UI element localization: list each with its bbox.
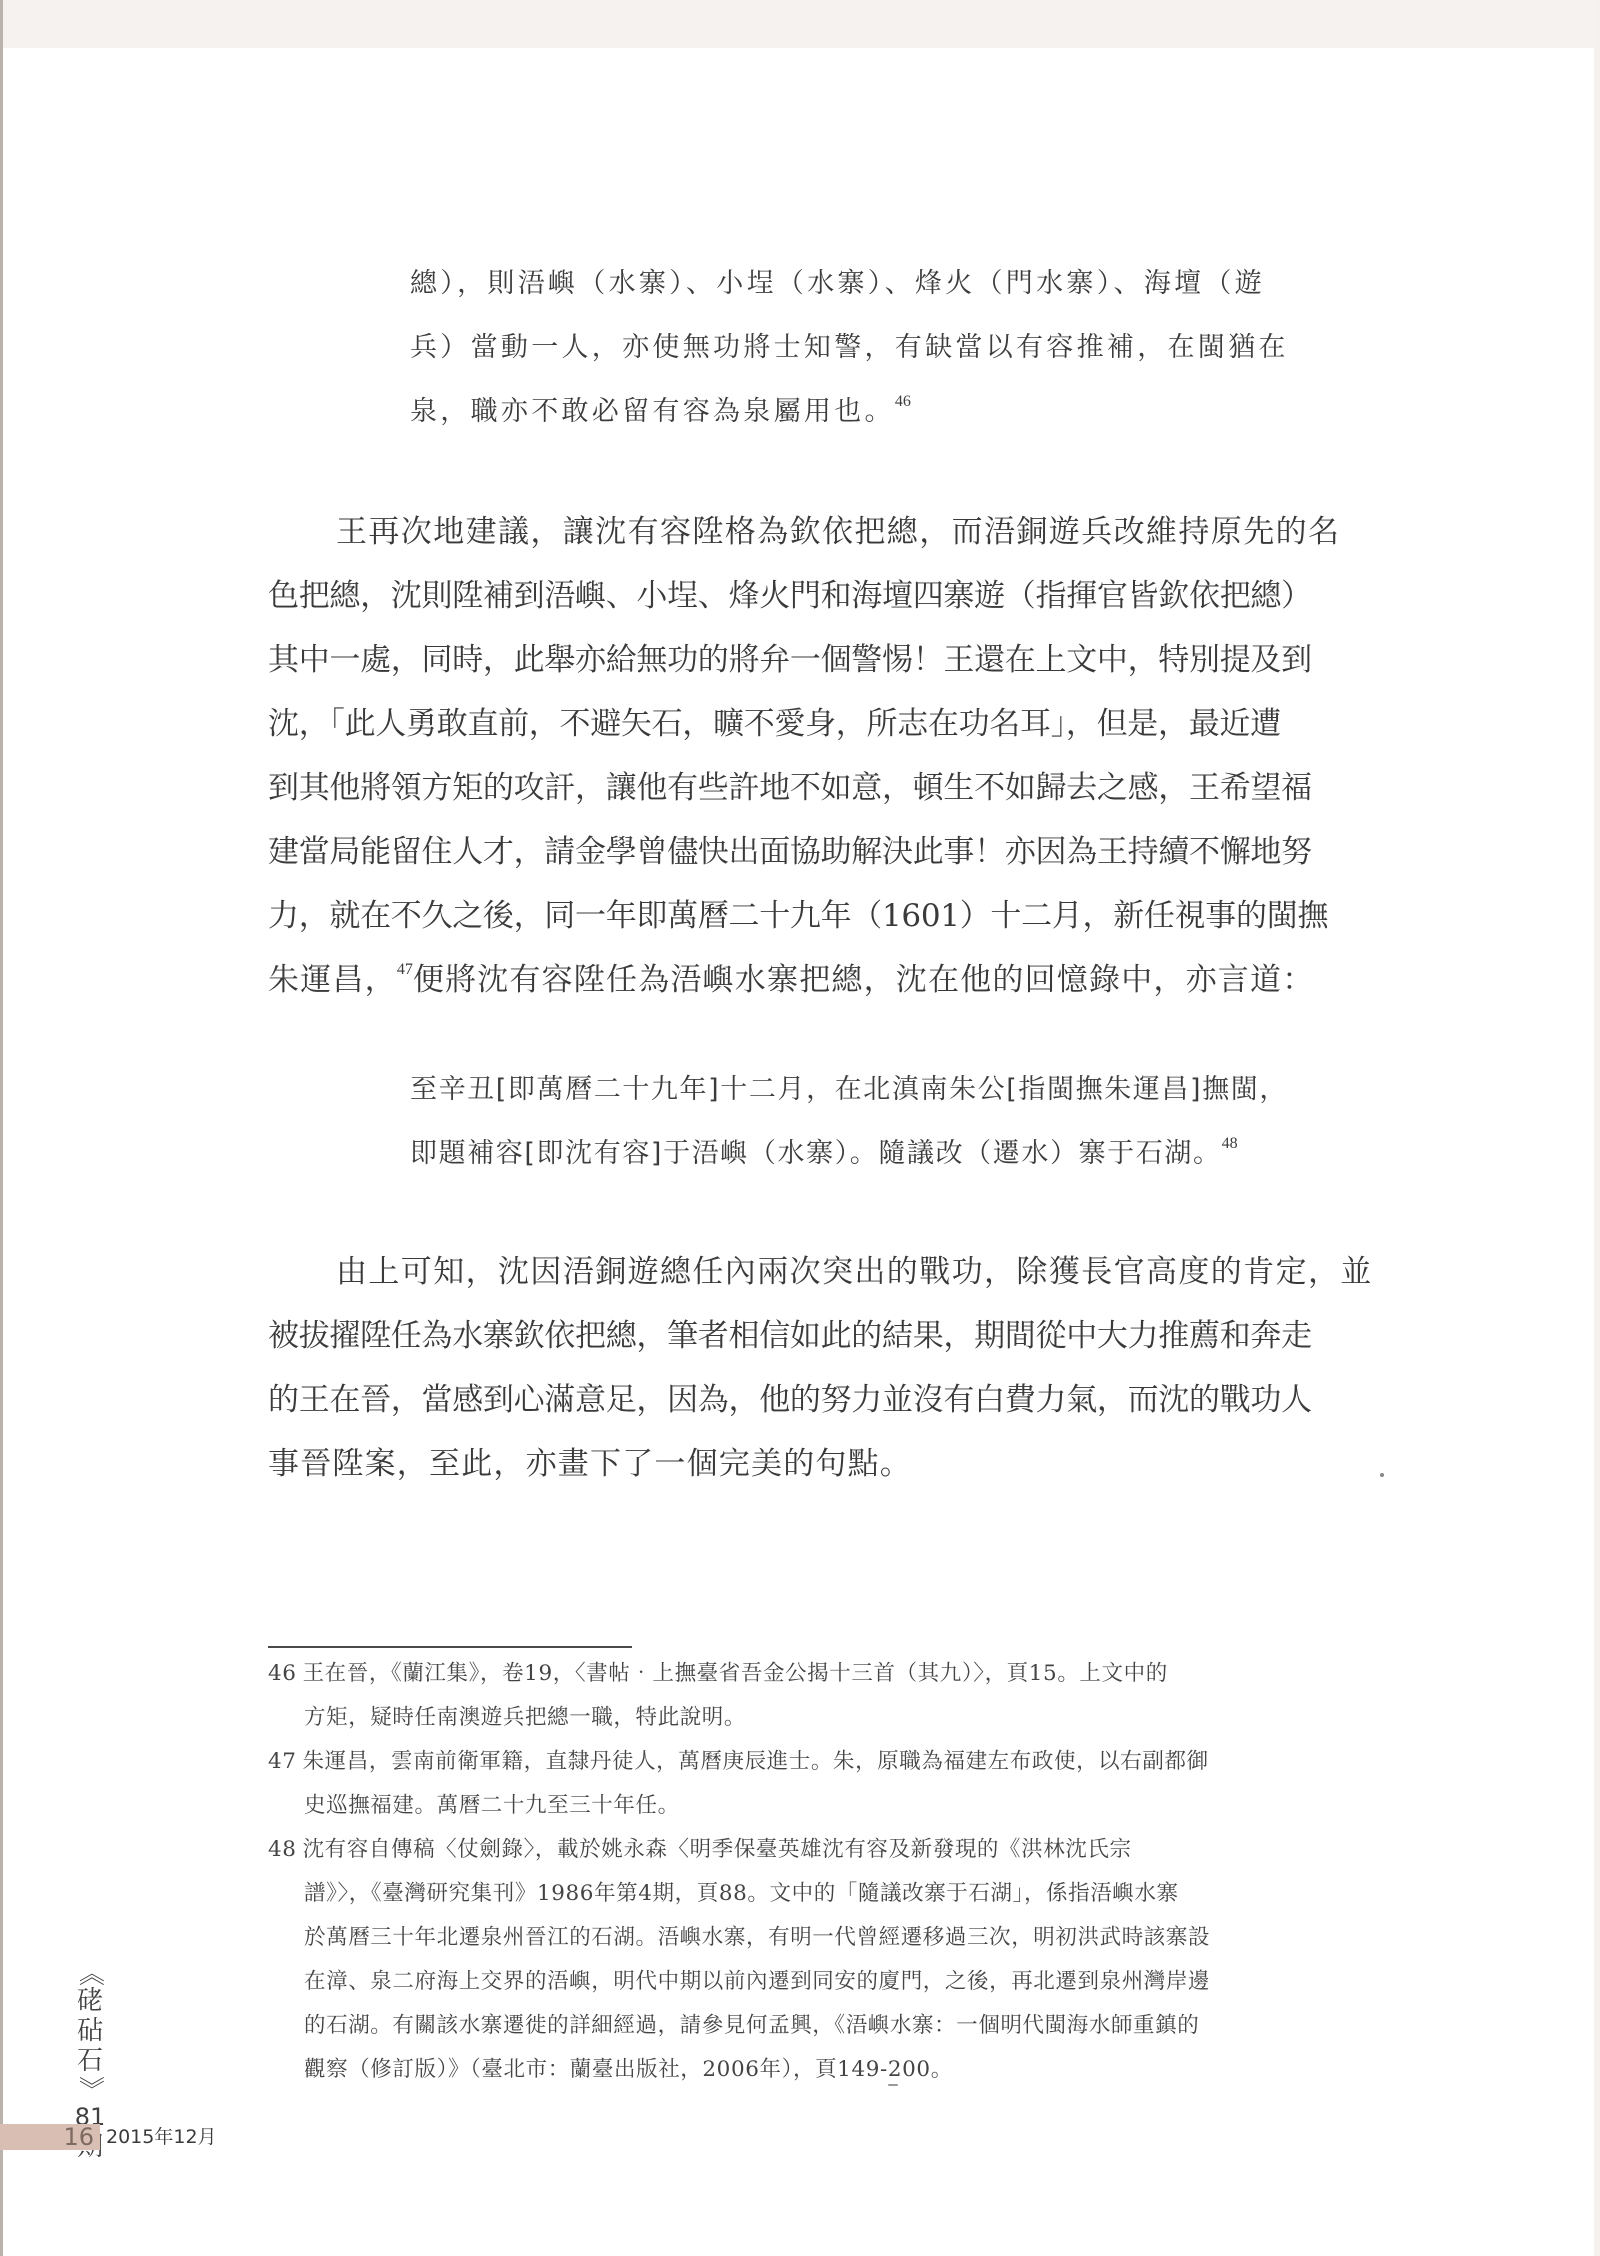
quote-line: 總），則浯嶼（水寨）、小埕（水寨）、烽火（門水寨）、海壇（遊 [410,264,1265,304]
footnote-ref-46[interactable]: 46 [895,393,911,410]
footnote-ref-47[interactable]: 47 [397,961,413,978]
footnote-47: 47朱運昌，雲南前衛軍籍，直隸丹徒人，萬曆庚辰進士。朱，原職為福建左布政使，以右… [268,1746,1209,1778]
footnote-text: 王在晉，《蘭江集》，卷19，〈書帖‧上撫臺省吾金公揭十三首（其九）〉，頁15。上… [303,1661,1168,1686]
footnote-number: 47 [268,1749,297,1774]
paragraph-text: 便將沈有容陞任為浯嶼水寨把總，沈在他的回憶錄中，亦言道： [413,962,1315,998]
quote-line: 即題補容[即沈有容]于浯嶼（水寨）。隨議改（遷水）寨于石湖。48 [410,1134,1238,1174]
paragraph-line: 由上可知，沈因浯銅遊總任內兩次突出的戰功，除獲長官高度的肯定，並 [336,1250,1373,1294]
page-number-tab: 16 [0,2124,100,2150]
quote-line: 兵）當動一人，亦使無功將士知警，有缺當以有容推補，在閩猶在 [410,328,1289,368]
scan-speck [888,2084,898,2086]
quote-text: 即題補容[即沈有容]于浯嶼（水寨）。隨議改（遷水）寨于石湖。 [410,1138,1222,1169]
footnote-text: 沈有容自傳稿〈仗劍錄〉，載於姚永森〈明季保臺英雄沈有容及新發現的《洪林沈氏宗 [303,1837,1132,1862]
quote-line: 至辛丑[即萬曆二十九年]十二月，在北滇南朱公[指閩撫朱運昌]撫閩， [410,1070,1288,1110]
scan-left-edge [0,0,3,2256]
paragraph-line: 被拔擢陞任為水寨欽依把總，筆者相信如此的結果，期間從中大力推薦和奔走 [268,1314,1312,1358]
title-close-bracket: 》 [77,2071,103,2107]
page-number: 16 [63,2123,94,2151]
footnote-48-continued: 在漳、泉二府海上交界的浯嶼，明代中期以前內遷到同安的廈門，之後，再北遷到泉州灣岸… [304,1966,1210,1998]
footnote-48-continued: 觀察（修訂版）》（臺北市：蘭臺出版社，2006年），頁149-200。 [304,2054,953,2086]
paragraph-text: 朱運昌， [268,962,397,998]
footnote-46-continued: 方矩，疑時任南澳遊兵把總一職，特此說明。 [304,1702,746,1734]
footnote-48: 48沈有容自傳稿〈仗劍錄〉，載於姚永森〈明季保臺英雄沈有容及新發現的《洪林沈氏宗 [268,1834,1132,1866]
paragraph-line: 其中一處，同時，此舉亦給無功的將弁一個警惕！王還在上文中，特別提及到 [268,638,1312,682]
journal-char: 砧 [72,2016,108,2046]
footnote-number: 48 [268,1837,297,1862]
paragraph-line: 力，就在不久之後，同一年即萬曆二十九年（1601）十二月，新任視事的閩撫 [268,894,1328,938]
paragraph-line: 沈，「此人勇敢直前，不避矢石，曠不愛身，所志在功名耳」，但是，最近遭 [268,702,1281,746]
paragraph-line: 建當局能留住人才，請金學曾儘快出面協助解決此事！亦因為王持續不懈地努 [268,830,1312,874]
quote-text: 泉，職亦不敢必留有容為泉屬用也。 [410,396,895,427]
paragraph-line: 色把總，沈則陞補到浯嶼、小埕、烽火門和海壇四寨遊（指揮官皆欽依把總） [268,574,1312,618]
issue-date: 2015年12月 [106,2124,217,2150]
footnote-text: 朱運昌，雲南前衛軍籍，直隸丹徒人，萬曆庚辰進士。朱，原職為福建左布政使，以右副都… [303,1749,1209,1774]
footnote-47-continued: 史巡撫福建。萬曆二十九至三十年任。 [304,1790,680,1822]
quote-line: 泉，職亦不敢必留有容為泉屬用也。46 [410,392,911,432]
footnote-48-continued: 於萬曆三十年北遷泉州晉江的石湖。浯嶼水寨，有明一代曾經遷移過三次，明初洪武時該寨… [304,1922,1210,1954]
footnote-separator [268,1646,632,1648]
footnote-48-continued: 的石湖。有關該水寨遷徙的詳細經過，請參見何孟興，《浯嶼水寨：一個明代閩海水師重鎮… [304,2010,1199,2042]
scan-speck [1380,1473,1384,1477]
paragraph-line: 朱運昌，47便將沈有容陞任為浯嶼水寨把總，沈在他的回憶錄中，亦言道： [268,958,1314,1002]
footnote-number: 46 [268,1661,297,1686]
scan-top-band [0,0,1600,48]
footnote-ref-48[interactable]: 48 [1222,1135,1238,1152]
paragraph-line: 事晉陞案，至此，亦畫下了一個完美的句點。 [268,1442,912,1486]
paragraph-line: 的王在晉，當感到心滿意足，因為，他的努力並沒有白費力氣，而沈的戰功人 [268,1378,1312,1422]
footnote-46: 46王在晉，《蘭江集》，卷19，〈書帖‧上撫臺省吾金公揭十三首（其九）〉，頁15… [268,1658,1168,1690]
scan-right-edge [1594,0,1600,2256]
paragraph-line: 王再次地建議，讓沈有容陞格為欽依把總，而浯銅遊兵改維持原先的名 [336,510,1340,554]
title-open-bracket: 《 [77,1955,103,1991]
footnote-48-continued: 譜》〉，《臺灣研究集刊》1986年第4期，頁88。文中的「隨議改寨于石湖」，係指… [304,1878,1179,1910]
paragraph-line: 到其他將領方矩的攻訐，讓他有些許地不如意，頓生不如歸去之感，王希望福 [268,766,1312,810]
